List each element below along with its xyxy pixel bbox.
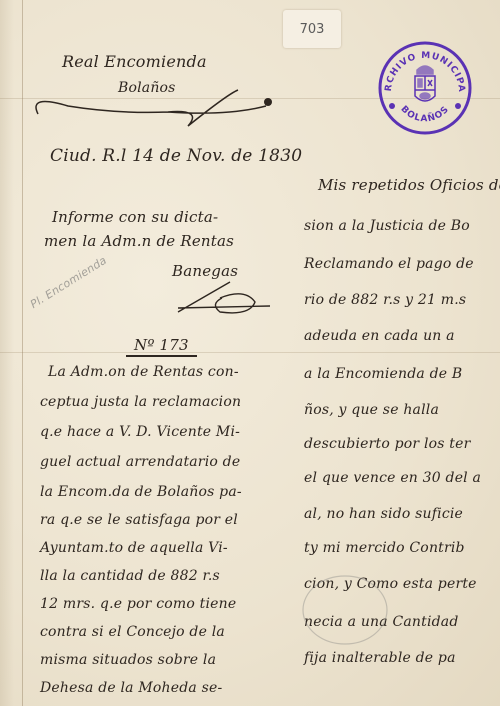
left-line: ceptua justa la reclamacion <box>40 394 241 410</box>
left-line: 12 mrs. q.e por como tiene <box>40 596 236 612</box>
left-line: misma situados sobre la <box>40 652 216 668</box>
right-line: descubierto por los ter <box>304 436 471 452</box>
right-line: Reclamando el pago de <box>304 256 474 272</box>
archive-stamp: ARCHIVO MUNICIPAL BOLAÑOS <box>377 40 473 136</box>
right-line: ty mi mercido Contrib <box>304 540 465 556</box>
right-line: el que vence en 30 del a <box>304 470 481 486</box>
right-line: ños, y que se halla <box>304 402 439 418</box>
right-line: adeuda en cada un a <box>304 328 455 344</box>
signature-rubric-icon <box>170 278 280 318</box>
left-line: contra si el Concejo de la <box>40 624 225 640</box>
document-number: Nº 173 <box>126 336 197 357</box>
decree-line-1: Informe con su dicta- <box>52 208 218 226</box>
right-line: fija inalterable de pa <box>304 650 456 666</box>
coat-of-arms-icon <box>415 66 435 101</box>
stamp-seal-icon: ARCHIVO MUNICIPAL BOLAÑOS <box>377 40 473 136</box>
left-line: la Encom.da de Bolaños pa- <box>40 484 242 500</box>
right-line: a la Encomienda de B <box>304 366 462 382</box>
left-line: La Adm.on de Rentas con- <box>48 364 239 380</box>
right-line: sion a la Justicia de Bo <box>304 218 470 234</box>
svg-text:BOLAÑOS: BOLAÑOS <box>398 104 451 124</box>
left-line: Dehesa de la Moheda se- <box>40 680 222 696</box>
fold-line <box>0 352 500 353</box>
header-title: Real Encomienda <box>62 52 207 71</box>
right-line: al, no han sido suficie <box>304 506 463 522</box>
left-line: q.e hace a V. D. Vicente Mi- <box>40 424 240 440</box>
margin-rule <box>22 0 23 706</box>
left-line: guel actual arrendatario de <box>40 454 240 470</box>
left-line: ra q.e se le satisfaga por el <box>40 512 238 528</box>
left-line: Ayuntam.to de aquella Vi- <box>40 540 228 556</box>
decree-line-2: men la Adm.n de Rentas <box>44 232 234 250</box>
right-line: rio de 882 r.s y 21 m.s <box>304 292 466 308</box>
date-line: Ciud. R.l 14 de Nov. de 1830 <box>50 146 302 166</box>
left-line: lla la cantidad de 882 r.s <box>40 568 220 584</box>
pencil-doodle-icon <box>300 570 400 650</box>
archive-number: 703 <box>300 22 325 37</box>
right-line: Mis repetidos Oficios de <box>318 176 500 194</box>
archive-number-label: 703 <box>283 10 341 48</box>
flourish-icon <box>28 84 288 134</box>
